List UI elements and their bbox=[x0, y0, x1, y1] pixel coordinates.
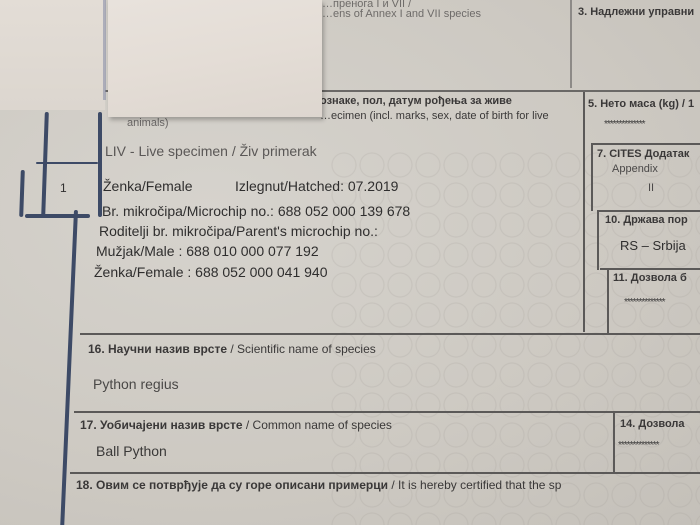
item-box-divider bbox=[36, 162, 98, 164]
divider bbox=[613, 411, 615, 473]
divider bbox=[597, 210, 599, 270]
item-box-left bbox=[41, 112, 49, 217]
field7-label: 7. CITES Додатак bbox=[597, 148, 689, 160]
divider bbox=[591, 143, 593, 211]
field11-label: 11. Дозвола б bbox=[613, 272, 687, 284]
female-parent-microchip: Ženka/Female : 688 052 000 041 940 bbox=[94, 264, 328, 280]
field17-label-en: / Common name of species bbox=[246, 418, 392, 432]
field3-label: 3. Надлежни управни bbox=[578, 6, 694, 18]
specimen-type: LIV - Live specimen / Živ primerak bbox=[105, 143, 317, 159]
field16-label: 16. Научни назив врсте / Scientific name… bbox=[88, 342, 376, 356]
field5-value: ************** bbox=[604, 119, 644, 130]
scientific-name: Python regius bbox=[93, 376, 179, 392]
divider bbox=[80, 333, 700, 335]
field16-label-cyr: 16. Научни назив врсте bbox=[88, 342, 227, 356]
divider bbox=[600, 268, 700, 270]
divider bbox=[74, 411, 700, 413]
item-box-bottom bbox=[25, 214, 90, 218]
annex-text: …ens of Annex I and VII species bbox=[322, 8, 481, 20]
field18-label-en: / It is hereby certified that the sp bbox=[391, 478, 561, 492]
field4-label-cyr: ознаке, пол, датум рођења за живе bbox=[320, 95, 512, 107]
field7-value: II bbox=[648, 182, 654, 194]
permit-document: …пренога I и VII / …ens of Annex I and V… bbox=[0, 0, 700, 525]
field18-label-cyr: 18. Овим се потврђује да су горе описани… bbox=[76, 478, 388, 492]
overlay-paper-left bbox=[0, 0, 105, 110]
parents-label: Roditelji br. mikročipa/Parent's microch… bbox=[99, 223, 378, 239]
divider bbox=[570, 0, 572, 88]
divider bbox=[70, 472, 700, 474]
divider bbox=[583, 92, 585, 332]
divider bbox=[607, 268, 609, 333]
male-parent-microchip: Mužjak/Male : 688 010 000 077 192 bbox=[96, 243, 319, 259]
field10-value: RS – Srbija bbox=[620, 238, 686, 253]
specimen-sex: Ženka/Female bbox=[103, 178, 192, 194]
field5-label: 5. Нето маса (kg) / 1 bbox=[588, 98, 694, 110]
common-name: Ball Python bbox=[96, 443, 167, 459]
field11-value: ************** bbox=[624, 297, 664, 308]
field14-value: ************** bbox=[618, 440, 658, 451]
field17-label-cyr: 17. Уобичајени назив врсте bbox=[80, 418, 243, 432]
divider bbox=[597, 210, 700, 212]
specimen-hatched: Izlegnut/Hatched: 07.2019 bbox=[235, 178, 398, 194]
field10-label: 10. Држава пор bbox=[605, 214, 688, 226]
divider bbox=[591, 143, 700, 145]
field17-label: 17. Уобичајени назив врсте / Common name… bbox=[80, 418, 392, 432]
specimen-microchip: Br. mikročipa/Microchip no.: 688 052 000… bbox=[102, 203, 410, 219]
overlay-paper bbox=[108, 0, 322, 117]
field18-label: 18. Овим се потврђује да су горе описани… bbox=[76, 478, 561, 492]
item-box-left-lower bbox=[19, 170, 25, 217]
field4-label-en: …ecimen (incl. marks, sex, date of birth… bbox=[320, 110, 549, 122]
item-number: 1 bbox=[60, 181, 67, 195]
field4-label-cont: animals) bbox=[127, 117, 169, 129]
faint-ink-line bbox=[103, 0, 106, 100]
field7-label-en: Appendix bbox=[612, 163, 658, 175]
item-box-right bbox=[98, 112, 102, 217]
field16-label-en: / Scientific name of species bbox=[230, 342, 375, 356]
field14-label: 14. Дозвола bbox=[620, 418, 685, 430]
